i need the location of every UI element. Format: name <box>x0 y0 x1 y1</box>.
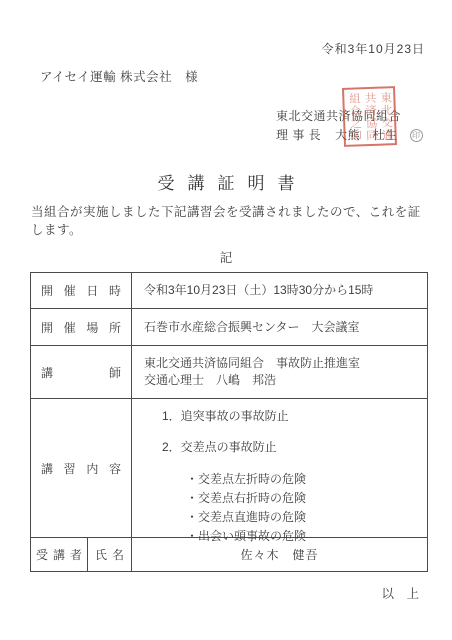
row-label-place: 開催場所 <box>31 309 132 345</box>
issuer-signature-line: 理 事 長 大熊 杜生 印 <box>276 126 423 145</box>
details-table: 開催日時 令和3年10月23日（土）13時30分から15時 開催場所 石巻市水産… <box>30 272 428 572</box>
row-value-place: 石巻市水産総合振興センター 大会議室 <box>132 309 427 345</box>
table-row-lecturer: 講師 東北交通共済協同組合 事故防止推進室 交通心理士 八嶋 邦浩 <box>31 346 427 399</box>
row-label-content: 講習内容 <box>31 399 132 537</box>
attendee-name-value: 佐々木 健吾 <box>132 538 427 571</box>
issuer-role: 理 事 長 <box>276 126 321 145</box>
issuer-organization: 東北交通共済協同組合 <box>276 107 423 126</box>
content-item: 2．交差点の事故防止 <box>144 439 421 456</box>
table-row-datetime: 開催日時 令和3年10月23日（土）13時30分から15時 <box>31 273 427 309</box>
issue-date: 令和3年10月23日 <box>322 40 425 57</box>
attendee-name-text: 佐々木 健吾 <box>240 546 318 563</box>
row-value-content: 1．追突事故の事故防止 2．交差点の事故防止 ・交差点左折時の危険 ・交差点右折… <box>132 399 427 537</box>
row-label-attendee-group: 受講者 <box>31 538 88 571</box>
row-label-text: 講習内容 <box>41 460 121 477</box>
row-label-text: 受講者 <box>36 546 82 563</box>
table-row-attendee: 受講者 氏名 佐々木 健吾 <box>31 538 427 571</box>
body-paragraph: 当組合が実施しました下記講習会を受講されましたので、これを証します。 <box>31 203 425 239</box>
row-label-datetime: 開催日時 <box>31 273 132 308</box>
row-label-text: 講師 <box>41 364 121 381</box>
content-bullet-item: ・交差点左折時の危険 <box>144 470 421 488</box>
lecturer-name-line: 交通心理士 八嶋 邦浩 <box>144 372 421 389</box>
document-title: 受講証明書 <box>0 169 452 194</box>
content-item: 1．追突事故の事故防止 <box>144 408 421 425</box>
issuer-block: 東北交通共済協同組合 理 事 長 大熊 杜生 印 <box>276 107 423 145</box>
addressee-line: アイセイ運輸 株式会社 様 <box>40 67 198 85</box>
datetime-value: 令和3年10月23日（土）13時30分から15時 <box>144 282 421 299</box>
table-row-place: 開催場所 石巻市水産総合振興センター 大会議室 <box>31 309 427 346</box>
place-value: 石巻市水産総合振興センター 大会議室 <box>144 319 421 336</box>
row-label-text: 開催場所 <box>41 319 121 336</box>
lecturer-org-line: 東北交通共済協同組合 事故防止推進室 <box>144 355 421 372</box>
note-marker: 記 <box>0 248 452 266</box>
issuer-name: 大熊 杜生 <box>335 126 398 145</box>
row-label-lecturer: 講師 <box>31 346 132 398</box>
content-bullet-item: ・交差点直進時の危険 <box>144 508 421 526</box>
row-value-lecturer: 東北交通共済協同組合 事故防止推進室 交通心理士 八嶋 邦浩 <box>132 346 427 398</box>
table-row-content: 講習内容 1．追突事故の事故防止 2．交差点の事故防止 ・交差点左折時の危険 ・… <box>31 399 427 538</box>
content-bullet-item: ・交差点右折時の危険 <box>144 489 421 507</box>
certificate-document: 令和3年10月23日 アイセイ運輸 株式会社 様 東北交通共済協同組合 理 事 … <box>0 0 452 640</box>
row-label-text: 氏名 <box>95 546 124 563</box>
inkan-mark-icon: 印 <box>410 129 423 142</box>
row-label-attendee-name: 氏名 <box>88 538 132 571</box>
row-label-text: 開催日時 <box>41 282 121 299</box>
row-value-datetime: 令和3年10月23日（土）13時30分から15時 <box>132 273 427 308</box>
closing-marker: 以 上 <box>381 584 419 602</box>
